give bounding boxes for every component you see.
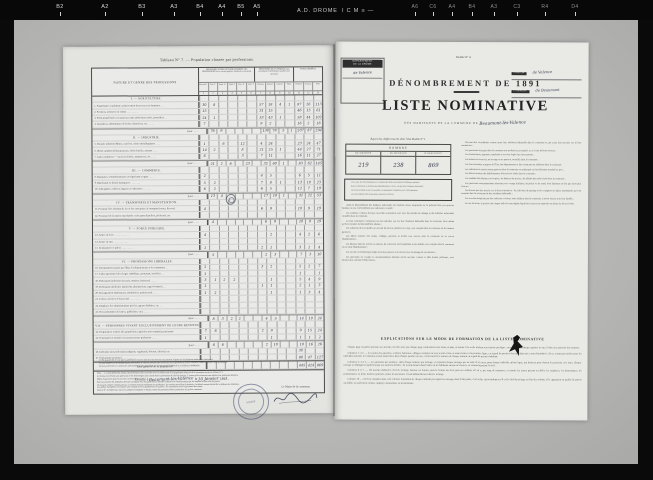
- table-cell: [247, 108, 257, 113]
- table-cell: 2: [257, 328, 267, 333]
- table-cell: [304, 212, 314, 217]
- table-cell: [266, 134, 276, 139]
- handwritten-value: 19: [316, 186, 320, 190]
- table-cell: 3: [295, 244, 305, 249]
- table-cell: 2: [262, 342, 271, 347]
- table-cell: [257, 212, 267, 217]
- table-cell: [229, 290, 239, 295]
- table-cell: [226, 252, 235, 257]
- table-cell: [257, 290, 267, 295]
- right-column: Doivent être considérées comme ayant leu…: [461, 138, 581, 208]
- instruction-paragraph: Les malades des hôpitaux et hospices, le…: [461, 178, 581, 182]
- table-cell: 87: [294, 102, 304, 107]
- handwritten-value: 13: [210, 194, 214, 198]
- table-cell: 1: [275, 147, 285, 152]
- handwritten-value: 9: [220, 129, 222, 133]
- table-cell: [210, 335, 220, 340]
- handwritten-value: 8: [241, 148, 243, 152]
- column-number: 3: [217, 91, 227, 95]
- table-cell: 4: [304, 277, 314, 282]
- table-cell: [286, 334, 296, 339]
- handwritten-value: 4: [309, 277, 311, 281]
- handwritten-value: 1: [271, 284, 273, 288]
- table-cell: [267, 271, 277, 276]
- table-cell: [286, 328, 296, 333]
- handwritten-value: 12: [297, 186, 301, 190]
- handwritten-value: 6: [222, 142, 224, 146]
- table-cell: [238, 302, 248, 307]
- table-cell: [248, 283, 258, 288]
- table-cell: [286, 277, 296, 282]
- row-label: 3. Petits propriétaires exerçant une aut…: [92, 115, 199, 121]
- table-cell: [294, 134, 304, 139]
- table-cell: 6: [200, 154, 210, 159]
- instruction-paragraph: Les personnes en voyage ou momentanément…: [342, 256, 454, 263]
- column-number: 10: [284, 91, 294, 95]
- handwritten-value: 43: [269, 115, 273, 119]
- table-cell: [219, 309, 229, 314]
- row-label: IV. — TRANSPORTS ET MANUTENTION.: [93, 200, 200, 206]
- handwritten-value: 1: [261, 284, 263, 288]
- table-cell: 4: [208, 220, 217, 225]
- table-cell: [257, 238, 267, 243]
- table-cell: [287, 160, 296, 165]
- table-cell: [228, 238, 238, 243]
- table-cell: 1: [267, 335, 277, 340]
- handwritten-value: 1: [271, 278, 273, 282]
- recap-note-line: Il n'y aura lieu de mentionner à la colo…: [347, 181, 449, 184]
- table-cell: [209, 226, 219, 231]
- handwritten-value: 1: [279, 115, 281, 119]
- handwritten-value: 8: [270, 180, 272, 184]
- table-cell: 3: [200, 277, 210, 282]
- column-numbers: 12345678910111213: [199, 90, 322, 95]
- group-headers: PERSONNES EXERÇANT DIRECTEMENT LES PROFE…: [199, 67, 322, 82]
- handwritten-value: 2: [266, 343, 268, 347]
- ruler-label: A2: [101, 4, 109, 10]
- handwritten-value: 2: [230, 317, 232, 321]
- handwritten-value: 7: [205, 329, 207, 333]
- handwritten-value: 18: [316, 121, 320, 125]
- handwritten-value: 10: [317, 252, 321, 256]
- table-cell: [226, 342, 235, 347]
- table-cell: 4: [217, 193, 226, 198]
- table-cell: [266, 238, 276, 243]
- table-cell: [238, 200, 248, 205]
- table-cell: [217, 220, 226, 225]
- handwritten-value: 14: [300, 316, 304, 320]
- table-cell: [219, 212, 229, 217]
- table-cell: [247, 115, 257, 120]
- table-cell: [238, 283, 248, 288]
- table-cell: [295, 238, 305, 243]
- handwritten-value: 1: [204, 291, 206, 295]
- handwritten-value: 869: [316, 363, 323, 367]
- table-cell: [276, 322, 286, 327]
- table-cell: 9: [304, 205, 314, 210]
- table-cell: 19: [314, 219, 323, 224]
- table-cell: [238, 277, 248, 282]
- table-cell: [248, 348, 258, 353]
- subtitle-commune-handwritten: Beaumont-lès-Valence: [480, 119, 527, 125]
- handwritten-value: 23: [297, 141, 301, 145]
- commune-handwritten: de Beaumont: [535, 88, 559, 93]
- handwritten-value: 3: [318, 284, 320, 288]
- handwritten-value: 1: [299, 271, 301, 275]
- table-cell: [200, 258, 210, 263]
- table-cell: [267, 308, 277, 313]
- handwritten-value: 6: [204, 187, 206, 191]
- handwritten-value: 10: [307, 180, 311, 184]
- table-cell: [266, 199, 276, 204]
- table-cell: [243, 193, 252, 198]
- table-cell: [210, 271, 220, 276]
- table-cell: [304, 134, 314, 139]
- table-header: NATURE ET GENRE DES PROFESSIONS PERSONNE…: [92, 67, 322, 96]
- recap-value-maisons: 219: [346, 156, 380, 174]
- table-cell: 62: [305, 160, 314, 165]
- handwritten-value: 6: [318, 232, 320, 236]
- table-cell: [237, 115, 247, 120]
- table-cell: 10: [314, 251, 323, 256]
- table-cell: 1: [314, 270, 324, 275]
- handwritten-value: 57: [259, 103, 263, 107]
- table-cell: 30: [199, 102, 209, 107]
- table-cell: 15: [199, 109, 209, 114]
- table-cell: [199, 96, 209, 101]
- table-cell: [288, 342, 297, 347]
- handwritten-value: 4: [318, 290, 320, 294]
- table-cell: [266, 258, 276, 263]
- left-column-paragraphs: Après le dépouillement des bulletins ind…: [342, 205, 454, 263]
- table-cell: [247, 199, 257, 204]
- table-cell: [209, 141, 219, 146]
- table-cell: [313, 134, 323, 139]
- table-cell: [228, 121, 238, 126]
- table-cell: 24: [266, 141, 276, 146]
- table-cell: 15: [266, 108, 276, 113]
- table-cell: [238, 258, 248, 263]
- table-cell: [247, 102, 257, 107]
- handwritten-value: 23: [316, 180, 320, 184]
- handwritten-value: 2: [270, 232, 272, 236]
- recap-value-habitants: 869: [415, 156, 450, 174]
- handwritten-value: 4: [261, 174, 263, 178]
- table-cell: 4: [275, 102, 285, 107]
- handwritten-value: 76: [210, 129, 214, 133]
- table-cell: [275, 141, 285, 146]
- ruler-label: C3: [513, 4, 520, 10]
- table-cell: 2: [209, 147, 219, 152]
- table-cell: 1: [200, 271, 210, 276]
- row-label: Total . . . . .: [93, 193, 208, 199]
- table-cell: [252, 252, 261, 257]
- handwritten-value: 4: [204, 233, 206, 237]
- table-cell: [226, 220, 235, 225]
- table-cell: [295, 258, 305, 263]
- table-cell: [305, 296, 315, 301]
- table-cell: [257, 271, 267, 276]
- handwritten-value: 6: [214, 329, 216, 333]
- handwritten-value: 9: [274, 220, 276, 224]
- handwritten-value: 10: [273, 342, 277, 346]
- table-cell: [200, 239, 210, 244]
- row-label: 26. Individus sans profession (indigents…: [94, 349, 201, 355]
- table-cell: [228, 167, 238, 172]
- handwritten-value: 1: [318, 271, 320, 275]
- handwritten-value: 127: [316, 355, 323, 359]
- table-cell: 18: [266, 102, 276, 107]
- table-cell: 15: [303, 108, 313, 113]
- table-cell: [229, 335, 239, 340]
- footnotes: (1) Ne pas perdre de vue que la professi…: [99, 358, 317, 369]
- table-cell: [305, 302, 315, 307]
- handwritten-value: 2: [223, 278, 225, 282]
- stamp-text: MAIRIE: [236, 387, 266, 417]
- table-cell: 2: [226, 316, 235, 321]
- table-cell: [276, 289, 286, 294]
- table-cell: [252, 219, 261, 224]
- table-cell: 8: [266, 179, 276, 184]
- table-cell: [276, 348, 286, 353]
- table-cell: 1: [305, 334, 315, 339]
- table-cell: [267, 302, 277, 307]
- handwritten-value: 6: [204, 154, 206, 158]
- row-label: Total . . . . .: [92, 129, 207, 135]
- table-cell: [220, 329, 230, 334]
- row-label: 19. Professions médicales (médecins, pha…: [93, 284, 200, 290]
- table-cell: [248, 322, 258, 327]
- table-cell: [218, 109, 228, 114]
- table-cell: [285, 167, 295, 172]
- table-cell: 2: [304, 232, 314, 237]
- ruler-tick: [472, 12, 473, 16]
- table-cell: [209, 154, 219, 159]
- table-cell: [295, 225, 305, 230]
- table-cell: [247, 206, 257, 211]
- table-cell: [238, 322, 248, 327]
- column-number: 6: [246, 91, 256, 95]
- table-cell: [304, 199, 314, 204]
- table-cell: 8: [209, 342, 218, 347]
- row-label: 11. Personnel des chemins de fer et des …: [93, 206, 200, 212]
- table-cell: [276, 277, 286, 282]
- instruction-paragraph: Après le dépouillement des bulletins ind…: [342, 205, 454, 212]
- handwritten-value: 24: [317, 316, 321, 320]
- table-cell: 2: [200, 265, 210, 270]
- handwritten-value: 18: [268, 103, 272, 107]
- handwritten-value: 87: [307, 128, 311, 132]
- table-cell: [228, 173, 238, 178]
- handwritten-value: 2: [204, 265, 206, 269]
- table-cell: 2: [229, 277, 239, 282]
- handwritten-value: 21: [259, 148, 263, 152]
- table-cell: 9: [256, 121, 266, 126]
- row-label: V. — FORCE PUBLIQUE.: [93, 226, 200, 232]
- handwritten-value: 1: [270, 245, 272, 249]
- table-cell: [229, 296, 239, 301]
- explanation-paragraph: Colonnes 1 et 2. — Les noms des quartier…: [344, 351, 582, 359]
- handwritten-value: 16: [297, 154, 301, 158]
- professions-column-header: NATURE ET GENRE DES PROFESSIONS: [92, 68, 199, 96]
- row-label: Total . . . . .: [93, 220, 208, 226]
- recap-heading: Report des chiffres inscrits dans l'état…: [342, 138, 454, 141]
- table-cell: [238, 245, 248, 250]
- table-cell: [285, 206, 295, 211]
- table-cell: 2: [304, 264, 314, 269]
- certify-date-handwritten: 10 Janvier: [198, 376, 219, 382]
- table-cell: [238, 212, 248, 217]
- explanation-paragraph: Colonne 10. — On fera connaître dans cet…: [343, 378, 581, 386]
- list-subtitle: DES HABITANTS DE LA COMMUNE DE Beaumont-…: [345, 120, 585, 126]
- handwritten-value: 207: [297, 128, 304, 132]
- handwritten-value: 61: [316, 109, 320, 113]
- table-cell: [219, 238, 229, 243]
- table-cell: 6: [261, 219, 270, 224]
- table-cell: 12: [294, 186, 304, 191]
- table-cell: [285, 134, 295, 139]
- table-cell: [304, 225, 314, 230]
- handwritten-value: 78: [272, 129, 276, 133]
- table-cell: [314, 212, 324, 217]
- row-label: 12. Personnel de la marine marchande et …: [93, 212, 200, 218]
- table-cell: [248, 302, 258, 307]
- handwritten-value: 6: [298, 174, 300, 178]
- handwritten-value: 44: [297, 147, 301, 151]
- table-cell: [243, 128, 252, 133]
- ruler-tick: [60, 12, 61, 16]
- handwritten-value: 9: [318, 277, 320, 281]
- table-cell: [287, 193, 296, 198]
- table-cell: [228, 141, 238, 146]
- sub-column-label: Garçons: [274, 82, 284, 90]
- table-cell: 16: [306, 342, 315, 347]
- table-cell: [210, 296, 220, 301]
- table-cell: [279, 252, 288, 257]
- table-cell: 3: [217, 316, 226, 321]
- table-cell: [276, 296, 286, 301]
- row-label: 21. Lettres, sciences et beaux-arts . . …: [93, 296, 200, 302]
- table-cell: [244, 342, 253, 347]
- certify-year-handwritten: 1.: [225, 376, 229, 381]
- handwritten-value: 9: [309, 220, 311, 224]
- table-cell: [209, 200, 219, 205]
- arrondissement-handwritten: de Valence: [343, 70, 383, 75]
- handwritten-value: 9: [270, 206, 272, 210]
- table-cell: 1: [257, 283, 267, 288]
- table-cell: 1: [209, 115, 219, 120]
- table-cell: [237, 96, 247, 101]
- table-cell: [286, 308, 296, 313]
- column-number: 2: [208, 91, 218, 95]
- handwritten-value: 2: [214, 291, 216, 295]
- table-cell: [229, 265, 239, 270]
- table-cell: [218, 115, 228, 120]
- table-cell: [200, 167, 210, 172]
- table-cell: [285, 271, 295, 276]
- table-cell: [229, 258, 239, 263]
- table-cell: [304, 270, 314, 275]
- handwritten-value: 11: [307, 154, 311, 158]
- table-cell: 6: [218, 342, 227, 347]
- handwritten-value: 27: [307, 147, 311, 151]
- handwritten-value: 12: [240, 141, 244, 145]
- table-cell: 19: [313, 185, 323, 190]
- table-cell: 21: [256, 147, 266, 152]
- table-cell: [267, 348, 277, 353]
- handwritten-value: 26: [317, 342, 321, 346]
- row-label: 18. Professions judiciaires (avoués, not…: [93, 277, 200, 283]
- mayor-signature-label: Le Maire de la commune,: [261, 385, 331, 388]
- table-cell: [200, 200, 210, 205]
- handwritten-value: 2: [318, 335, 320, 339]
- table-cell: [237, 102, 247, 107]
- table-cell: 3: [237, 153, 247, 158]
- instruction-paragraph: Les ouvriers employés par des industries…: [461, 198, 581, 202]
- handwritten-value: 11: [269, 154, 273, 158]
- handwritten-value: 21: [210, 162, 214, 166]
- table-cell: [218, 135, 228, 140]
- table-cell: 2: [303, 121, 313, 126]
- ruler-tick: [105, 12, 106, 16]
- explanations-heading: EXPLICATIONS SUR LE MODE DE FORMATION DE…: [345, 337, 581, 342]
- table-cell: 6: [210, 329, 220, 334]
- table-cell: 7: [257, 180, 267, 185]
- table-cell: [228, 226, 238, 231]
- table-cell: [275, 134, 285, 139]
- ruler-tick: [517, 12, 518, 16]
- table-cell: [228, 186, 238, 191]
- handwritten-value: 1: [299, 335, 301, 339]
- handwritten-value: 17: [264, 194, 268, 198]
- handwritten-value: 27: [316, 154, 320, 158]
- table-cell: [288, 316, 297, 321]
- column-number: 1: [199, 91, 208, 95]
- table-cell: 6: [225, 161, 234, 166]
- handwritten-value: 8: [212, 317, 214, 321]
- ruler-label: A5: [253, 4, 261, 10]
- table-cell: [279, 342, 288, 347]
- table-cell: [219, 296, 229, 301]
- table-cell: 30: [295, 348, 305, 353]
- handwritten-value: 87: [297, 102, 301, 106]
- table-cell: 5: [266, 186, 276, 191]
- table-cell: 13: [294, 179, 304, 184]
- table-cell: 5: [295, 277, 305, 282]
- table-cell: 1: [295, 270, 305, 275]
- table-cell: [247, 121, 257, 126]
- table-cell: [218, 102, 228, 107]
- table-cell: 1: [295, 334, 305, 339]
- row-label: 15. Gendarmerie et police . . . . . . . …: [93, 245, 200, 251]
- recap-values: 219 238 869: [346, 156, 450, 174]
- table-cell: [228, 245, 238, 250]
- ruler-tick: [575, 12, 576, 16]
- table-cell: 17: [261, 193, 270, 198]
- menages-handwritten: 238: [393, 162, 404, 168]
- table-cell: 7: [256, 153, 266, 158]
- table-cell: 1: [267, 283, 277, 288]
- instruction-paragraph: Les militaires et marins tenant garnison…: [461, 169, 581, 173]
- table-cell: [248, 271, 258, 276]
- table-cell: [228, 232, 238, 237]
- table-cell: 31: [256, 108, 266, 113]
- table-cell: [243, 219, 252, 224]
- table-cell: [201, 322, 211, 327]
- column-number: 13: [313, 91, 323, 95]
- handwritten-value: 10: [298, 206, 302, 210]
- table-cell: [201, 349, 211, 354]
